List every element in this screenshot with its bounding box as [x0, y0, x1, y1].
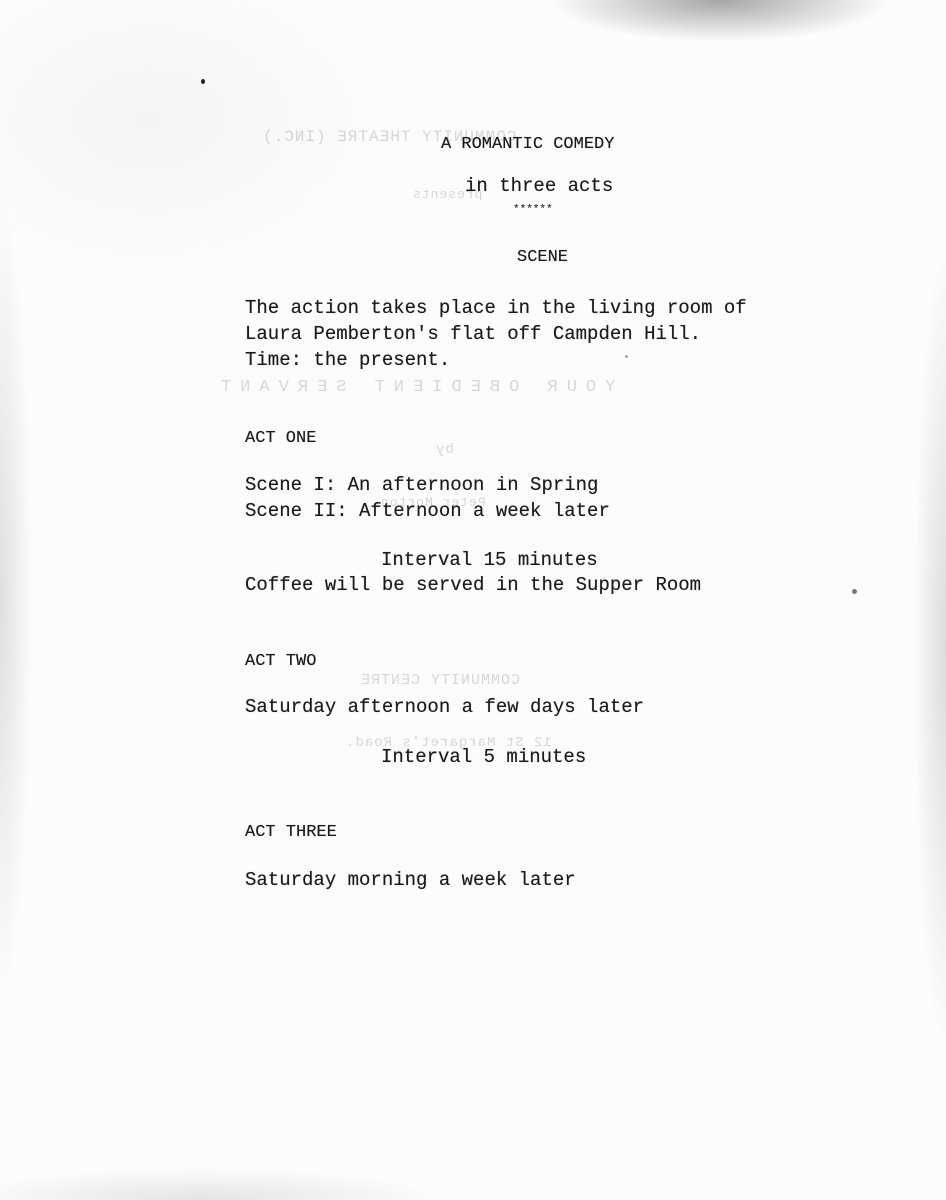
act-two-interval: Interval 5 minutes — [381, 746, 586, 768]
scene-description-line: Laura Pemberton's flat off Campden Hill. — [245, 323, 701, 345]
act-one-interval: Interval 15 minutes — [381, 549, 598, 571]
act-one-interval-note: Coffee will be served in the Supper Room — [245, 574, 701, 596]
act-two-heading: ACT TWO — [245, 651, 316, 673]
scene-description-line: The action takes place in the living roo… — [245, 297, 747, 319]
ornament-divider: ****** — [513, 199, 553, 221]
document-subtitle: in three acts — [465, 175, 613, 197]
show-through-text: YOUR OBEDIENT SERVANT — [212, 378, 615, 397]
act-one-heading: ACT ONE — [245, 428, 316, 450]
ink-speck — [201, 79, 205, 84]
ink-speck — [852, 589, 857, 594]
act-one-scene: Scene I: An afternoon in Spring — [245, 474, 598, 496]
act-three-heading: ACT THREE — [245, 822, 337, 844]
show-through-text: COMMUNITY CENTRE — [360, 672, 520, 689]
document-title: A ROMANTIC COMEDY — [441, 134, 614, 156]
act-two-scene: Saturday afternoon a few days later — [245, 696, 644, 718]
scene-description-line: Time: the present. — [245, 349, 450, 371]
scene-heading: SCENE — [517, 247, 568, 269]
act-three-scene: Saturday morning a week later — [245, 869, 576, 891]
show-through-text: by — [435, 442, 454, 458]
ink-speck — [625, 355, 628, 358]
act-one-scene: Scene II: Afternoon a week later — [245, 500, 610, 522]
